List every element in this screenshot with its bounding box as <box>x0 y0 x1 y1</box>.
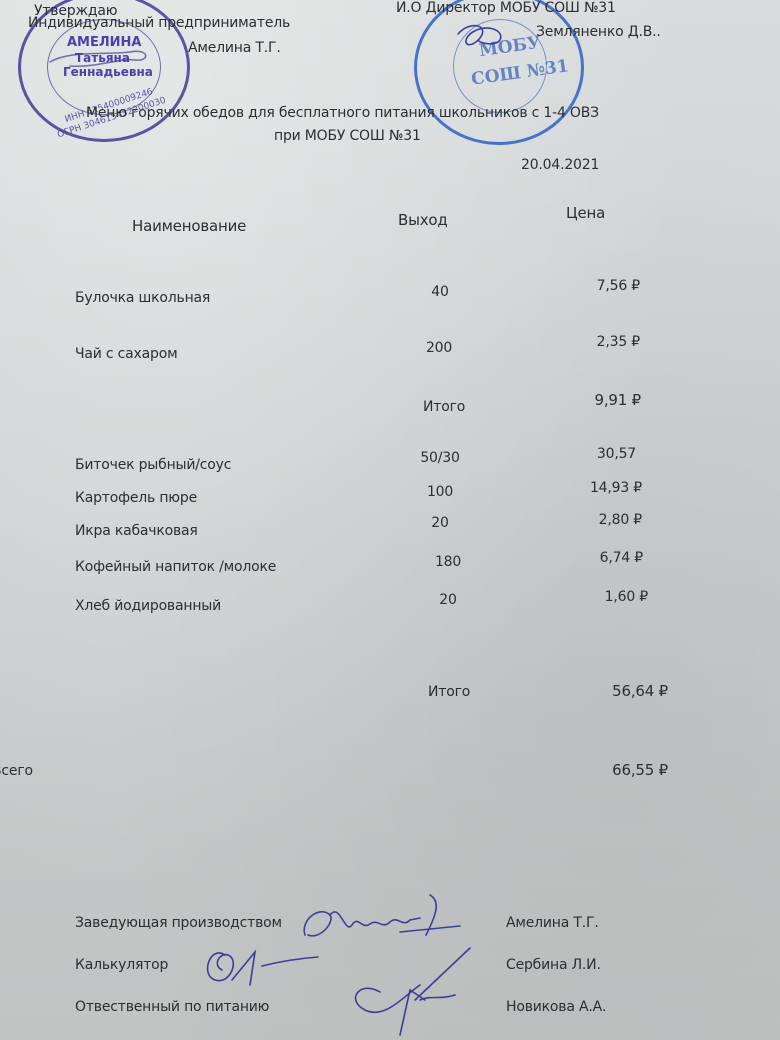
signature-name: Амелина Т.Г. <box>506 915 599 931</box>
stamp-left-line1: АМЕЛИНА <box>67 35 142 50</box>
stamp-right-line1: МОБУ <box>478 33 542 61</box>
right-approver-title: И.О Директор МОБУ СОШ №31 <box>396 0 616 16</box>
stamp-left-line2: Татьяна <box>75 51 130 65</box>
item-price: 1,60 ₽ <box>605 589 648 605</box>
item-yield: 40 <box>431 284 448 300</box>
subtotal-label: Итого <box>428 684 470 700</box>
item-price: 6,74 ₽ <box>600 550 643 566</box>
item-yield: 180 <box>435 554 461 570</box>
item-name: Кофейный напиток /молоке <box>75 559 276 575</box>
grand-total-label: Всего <box>0 763 33 779</box>
subtotal-price: 56,64 ₽ <box>612 682 668 700</box>
column-header-yield: Выход <box>398 211 448 229</box>
left-approver-name: Амелина Т.Г. <box>188 40 281 56</box>
document-date: 20.04.2021 <box>521 157 599 173</box>
signature-role: Калькулятор <box>75 957 168 973</box>
item-yield: 20 <box>439 592 456 608</box>
item-yield: 20 <box>431 515 448 531</box>
signature-role: Заведующая производством <box>75 915 282 931</box>
item-price: 7,56 ₽ <box>597 278 640 294</box>
item-name: Чай с сахаром <box>75 346 177 362</box>
item-yield: 200 <box>426 340 452 356</box>
item-price: 30,57 <box>597 446 636 462</box>
stamp-right-line2: СОШ №31 <box>470 56 570 89</box>
subtotal-label: Итого <box>423 399 465 415</box>
item-name: Булочка школьная <box>75 290 210 306</box>
item-name: Картофель пюре <box>75 490 197 506</box>
right-approver-name: Земляненко Д.В.. <box>536 24 661 40</box>
stamp-left-line3: Геннадьевна <box>63 65 153 79</box>
item-price: 2,80 ₽ <box>599 512 642 528</box>
item-price: 14,93 ₽ <box>590 480 642 496</box>
item-yield: 50/30 <box>420 450 459 466</box>
column-header-price: Цена <box>566 204 605 222</box>
signature-role: Отвественный по питанию <box>75 999 269 1015</box>
paper-background <box>0 0 780 1040</box>
document-title: Меню горячих обедов для бесплатного пита… <box>86 105 599 121</box>
left-approver-title: Индивидуальный предприниматель <box>28 15 290 31</box>
document-subtitle: при МОБУ СОШ №31 <box>274 128 421 144</box>
subtotal-price: 9,91 ₽ <box>594 391 641 409</box>
signature-name: Новикова А.А. <box>506 999 606 1015</box>
item-yield: 100 <box>427 484 453 500</box>
item-name: Хлеб йодированный <box>75 598 221 614</box>
column-header-name: Наименование <box>132 217 246 235</box>
item-name: Икра кабачковая <box>75 523 198 539</box>
item-price: 2,35 ₽ <box>597 334 640 350</box>
signature-name: Сербина Л.И. <box>506 957 601 973</box>
item-name: Биточек рыбный/соус <box>75 457 231 473</box>
grand-total-price: 66,55 ₽ <box>612 761 668 779</box>
